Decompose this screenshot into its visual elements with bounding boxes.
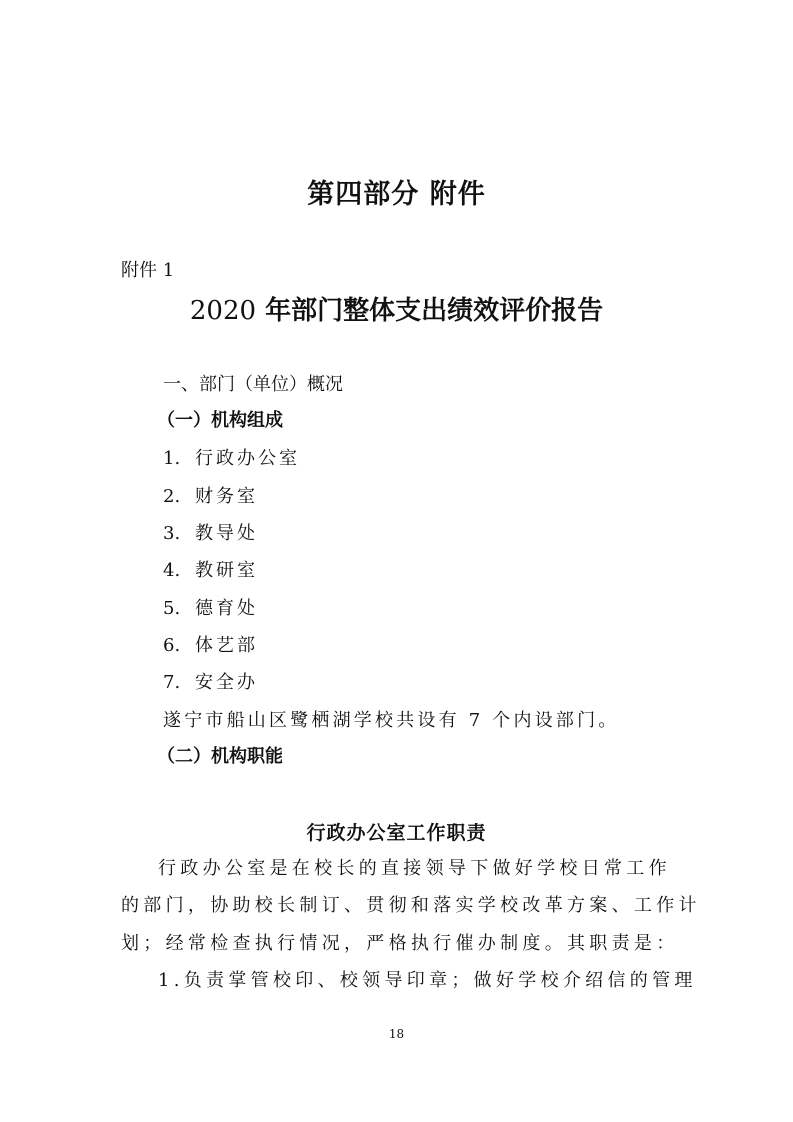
list-item: 7.安全办 [163,668,258,694]
paragraph-line: 行政办公室是在校长的直接领导下做好学校日常工作 [158,854,671,880]
subsection-heading-composition: （一）机构组成 [157,406,283,432]
paragraph-line: 的部门，协助校长制订、贯彻和落实学校改革方案、工作计 [121,891,701,917]
paragraph-line: 1.负责掌管校印、校领导印章；做好学校介绍信的管理 [158,966,697,992]
department-summary: 遂宁市船山区鹭栖湖学校共设有 7 个内设部门。 [163,706,620,732]
part-title: 第四部分 附件 [0,172,793,211]
page-number: 18 [0,1027,793,1041]
list-item: 2.财务室 [163,482,258,508]
list-item: 4.教研室 [163,556,258,582]
section-heading-overview: 一、部门（单位）概况 [163,370,343,396]
office-duties-heading: 行政办公室工作职责 [0,818,793,845]
list-item: 3.教导处 [163,519,258,545]
report-title: 2020 年部门整体支出绩效评价报告 [0,290,793,327]
report-title-text: 年部门整体支出绩效评价报告 [256,296,603,326]
report-year: 2020 [190,296,256,326]
list-item: 1.行政办公室 [163,444,300,470]
list-item: 6.体艺部 [163,631,258,657]
list-item: 5.德育处 [163,594,258,620]
paragraph-line: 划；经常检查执行情况，严格执行催办制度。其职责是： [121,929,679,955]
subsection-heading-functions: （二）机构职能 [157,742,283,768]
attachment-label: 附件 1 [121,256,174,282]
